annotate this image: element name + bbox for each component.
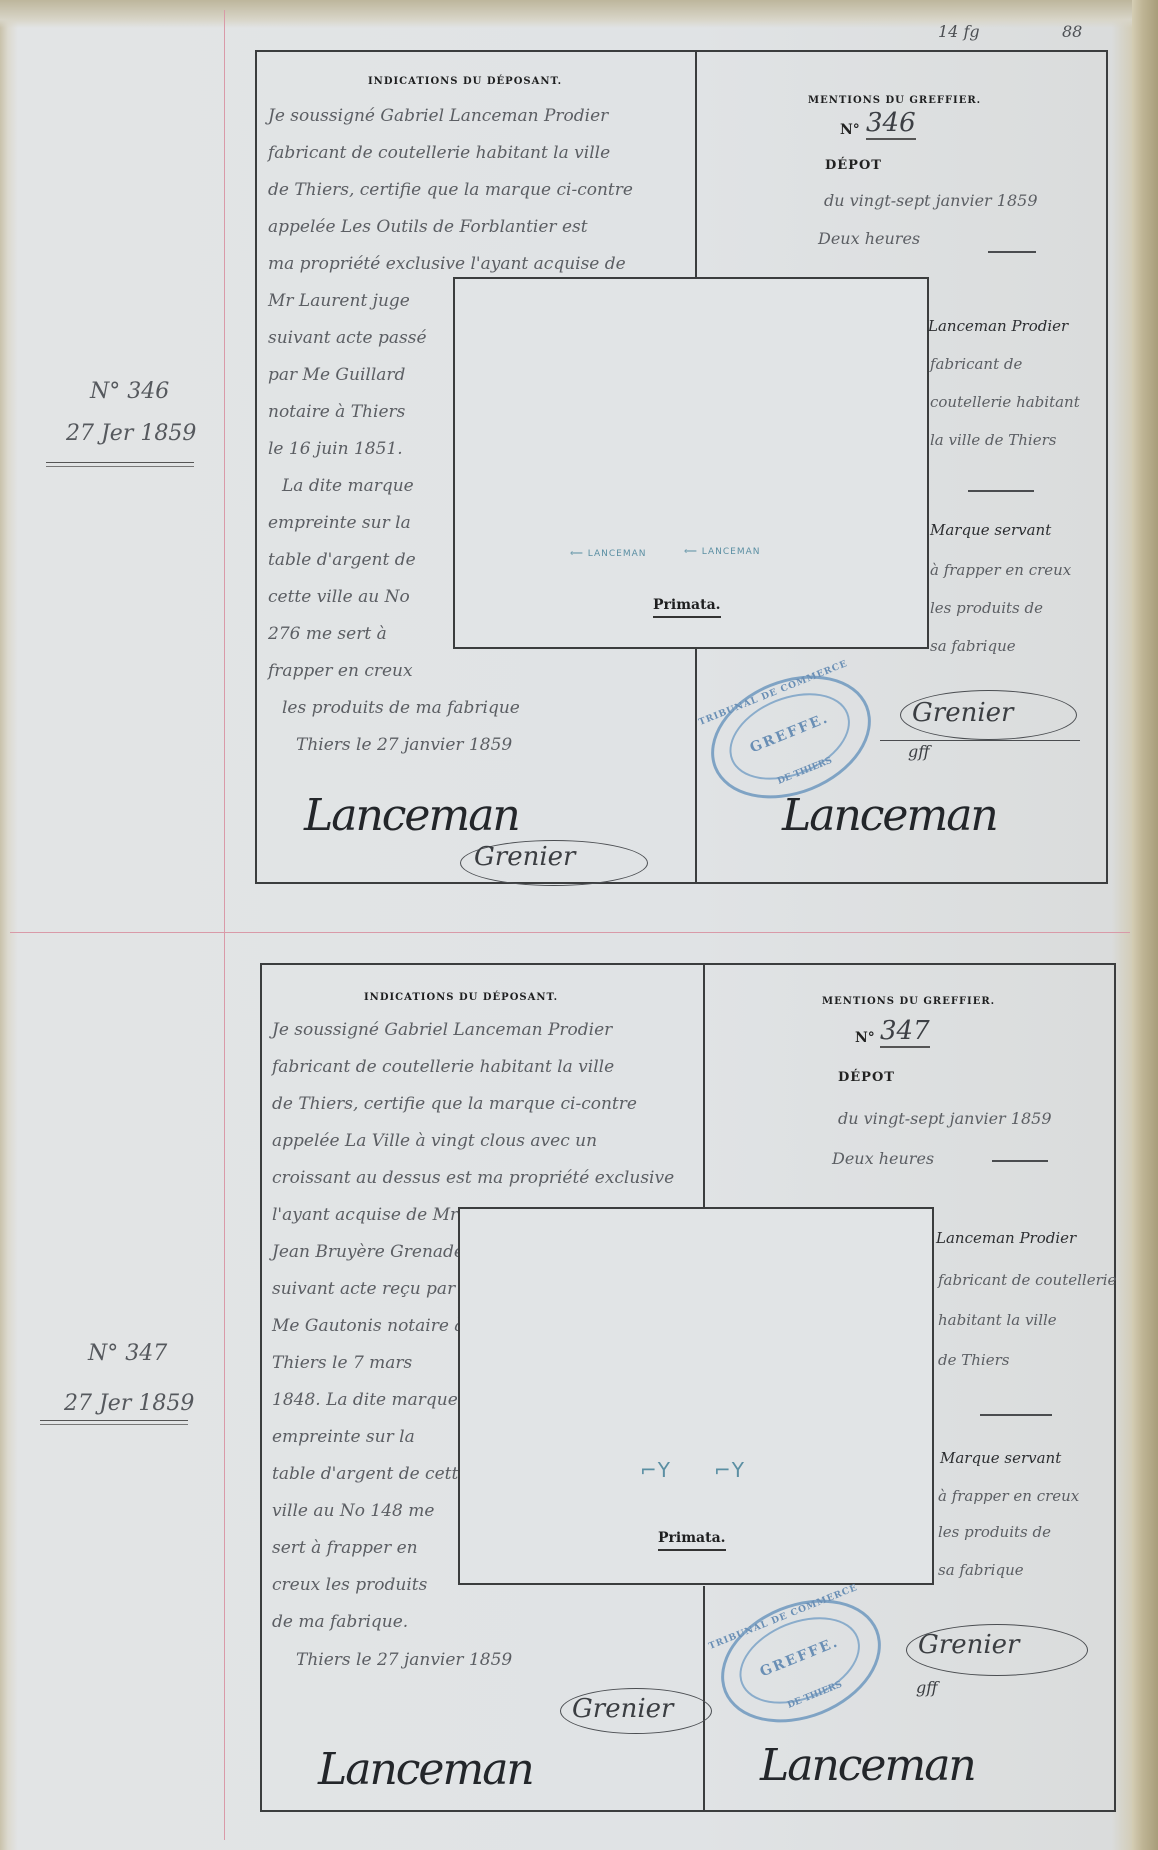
- printer-label: Primata.: [653, 597, 721, 618]
- depositor-line: table d'argent de: [268, 542, 416, 579]
- mark-line: à frapper en creux: [930, 552, 1071, 589]
- margin-entry-date: 27 Jer 1859: [66, 414, 196, 454]
- printer-label: Primata.: [658, 1530, 726, 1551]
- trademark-box: [453, 277, 929, 649]
- margin-line-horizontal: [10, 932, 1130, 933]
- mark-line: à frapper en creux: [938, 1478, 1079, 1515]
- depositor-signature-clerk-side: Lanceman: [760, 1740, 975, 1791]
- depositor-line: 276 me sert à: [268, 616, 387, 653]
- depot-date: du vingt-sept janvier 1859: [838, 1100, 1052, 1137]
- owner-line: de Thiers: [938, 1342, 1009, 1379]
- entry-number-value: 346: [866, 108, 916, 140]
- depositor-line: suivant acte passé: [268, 320, 427, 357]
- depositor-line: appelée Les Outils de Forblantier est: [268, 209, 588, 246]
- folio-note: 14 fg: [938, 22, 980, 41]
- page-number: 88: [1062, 22, 1082, 41]
- clerk-signature-sub: gff: [916, 1678, 938, 1697]
- depositor-line: creux les produits: [272, 1567, 427, 1604]
- margin-entry-number: N° 347: [88, 1334, 167, 1374]
- countersign-signature: Grenier: [474, 842, 575, 872]
- section-rule: [980, 1414, 1052, 1416]
- owner-name: Lanceman Prodier: [928, 308, 1068, 345]
- depositor-date: Thiers le 27 janvier 1859: [296, 1642, 512, 1679]
- margin-line-vertical: [224, 10, 225, 1840]
- depositor-header: INDICATIONS DU DÉPOSANT.: [364, 992, 558, 1003]
- depositor-line: suivant acte reçu par: [272, 1271, 455, 1308]
- depositor-line: l'ayant acquise de Mr: [272, 1197, 458, 1234]
- depositor-line: le 16 juin 1851.: [268, 431, 403, 468]
- depositor-date: Thiers le 27 janvier 1859: [296, 727, 512, 764]
- depositor-line: empreinte sur la: [268, 505, 411, 542]
- depositor-line: fabricant de coutellerie habitant la vil…: [268, 135, 610, 172]
- mark-line: les produits de: [938, 1514, 1051, 1551]
- depositor-line: cette ville au No: [268, 579, 410, 616]
- depositor-line: 1848. La dite marque: [272, 1382, 458, 1419]
- depositor-line: Mr Laurent juge: [268, 283, 410, 320]
- trademark-stamp-impression: ⌐Y: [640, 1458, 671, 1482]
- depositor-line: frapper en creux: [268, 653, 413, 690]
- depot-time: Deux heures: [832, 1140, 934, 1177]
- depositor-line: appelée La Ville à vingt clous avec un: [272, 1123, 597, 1160]
- depot-label: DÉPOT: [825, 158, 882, 173]
- page-top-edge: [0, 0, 1158, 28]
- depositor-line: ville au No 148 me: [272, 1493, 434, 1530]
- owner-line: la ville de Thiers: [930, 422, 1056, 459]
- depositor-line: Jean Bruyère Grenadet: [272, 1234, 471, 1271]
- dash-rule: [992, 1160, 1048, 1162]
- depositor-signature-clerk-side: Lanceman: [782, 790, 997, 841]
- clerk-signature-rule: [880, 740, 1080, 741]
- mark-line: les produits de: [930, 590, 1043, 627]
- depositor-line: Thiers le 7 mars: [272, 1345, 412, 1382]
- owner-line: fabricant de coutellerie: [938, 1262, 1116, 1299]
- depot-time: Deux heures: [818, 220, 920, 257]
- depositor-line: La dite marque: [282, 468, 414, 505]
- depositor-line: croissant au dessus est ma propriété exc…: [272, 1160, 674, 1197]
- depositor-line: Je soussigné Gabriel Lanceman Prodier: [268, 98, 608, 135]
- depositor-line: empreinte sur la: [272, 1419, 415, 1456]
- clerk-header: MENTIONS DU GREFFIER.: [808, 95, 981, 106]
- depositor-signature: Lanceman: [318, 1744, 533, 1795]
- entry-number-label: N°: [855, 1030, 875, 1046]
- owner-name: Lanceman Prodier: [936, 1220, 1076, 1257]
- depot-date: du vingt-sept janvier 1859: [824, 182, 1038, 219]
- trademark-box: [458, 1207, 934, 1585]
- column-divider-bottom: [703, 1586, 705, 1810]
- clerk-signature: Grenier: [918, 1630, 1019, 1660]
- column-divider-bottom: [695, 647, 697, 882]
- margin-underline: [46, 462, 194, 467]
- column-divider-top: [695, 52, 697, 278]
- depositor-line: notaire à Thiers: [268, 394, 405, 431]
- book-binding-edge: [1132, 0, 1158, 1850]
- mark-line: sa fabrique: [938, 1552, 1024, 1589]
- mark-line: Marque servant: [930, 512, 1051, 549]
- dash-rule: [988, 251, 1036, 253]
- margin-entry-number: N° 346: [90, 372, 169, 412]
- mark-line: Marque servant: [940, 1440, 1061, 1477]
- owner-line: fabricant de: [930, 346, 1022, 383]
- depot-label: DÉPOT: [838, 1070, 895, 1085]
- mark-line: sa fabrique: [930, 628, 1016, 665]
- depositor-line: fabricant de coutellerie habitant la vil…: [272, 1049, 614, 1086]
- owner-line: habitant la ville: [938, 1302, 1057, 1339]
- depositor-line: les produits de ma fabrique: [282, 690, 520, 727]
- section-rule: [968, 490, 1034, 492]
- depositor-header: INDICATIONS DU DÉPOSANT.: [368, 76, 562, 87]
- depositor-line: Me Gautonis notaire à: [272, 1308, 464, 1345]
- column-divider-top: [703, 965, 705, 1209]
- clerk-signature: Grenier: [912, 698, 1013, 728]
- depositor-line: par Me Guillard: [268, 357, 405, 394]
- trademark-stamp-impression: ⌐Y: [714, 1458, 745, 1482]
- clerk-signature-sub: gff: [908, 742, 930, 761]
- countersign-signature: Grenier: [572, 1694, 673, 1724]
- margin-underline: [40, 1420, 188, 1425]
- depositor-line: Je soussigné Gabriel Lanceman Prodier: [272, 1012, 612, 1049]
- depositor-line: sert à frapper en: [272, 1530, 418, 1567]
- depositor-line: table d'argent de cette: [272, 1456, 468, 1493]
- trademark-stamp-impression: ⟸ LANCEMAN: [570, 549, 647, 559]
- depositor-line: de ma fabrique.: [272, 1604, 408, 1641]
- entry-number-label: N°: [840, 122, 860, 138]
- clerk-header: MENTIONS DU GREFFIER.: [822, 996, 995, 1007]
- margin-entry-date: 27 Jer 1859: [64, 1384, 194, 1424]
- owner-line: coutellerie habitant: [930, 384, 1080, 421]
- entry-number-value: 347: [880, 1016, 930, 1048]
- depositor-line: de Thiers, certifie que la marque ci-con…: [272, 1086, 637, 1123]
- depositor-line: de Thiers, certifie que la marque ci-con…: [268, 172, 633, 209]
- trademark-stamp-impression: ⟸ LANCEMAN: [684, 547, 761, 557]
- depositor-signature: Lanceman: [304, 790, 519, 841]
